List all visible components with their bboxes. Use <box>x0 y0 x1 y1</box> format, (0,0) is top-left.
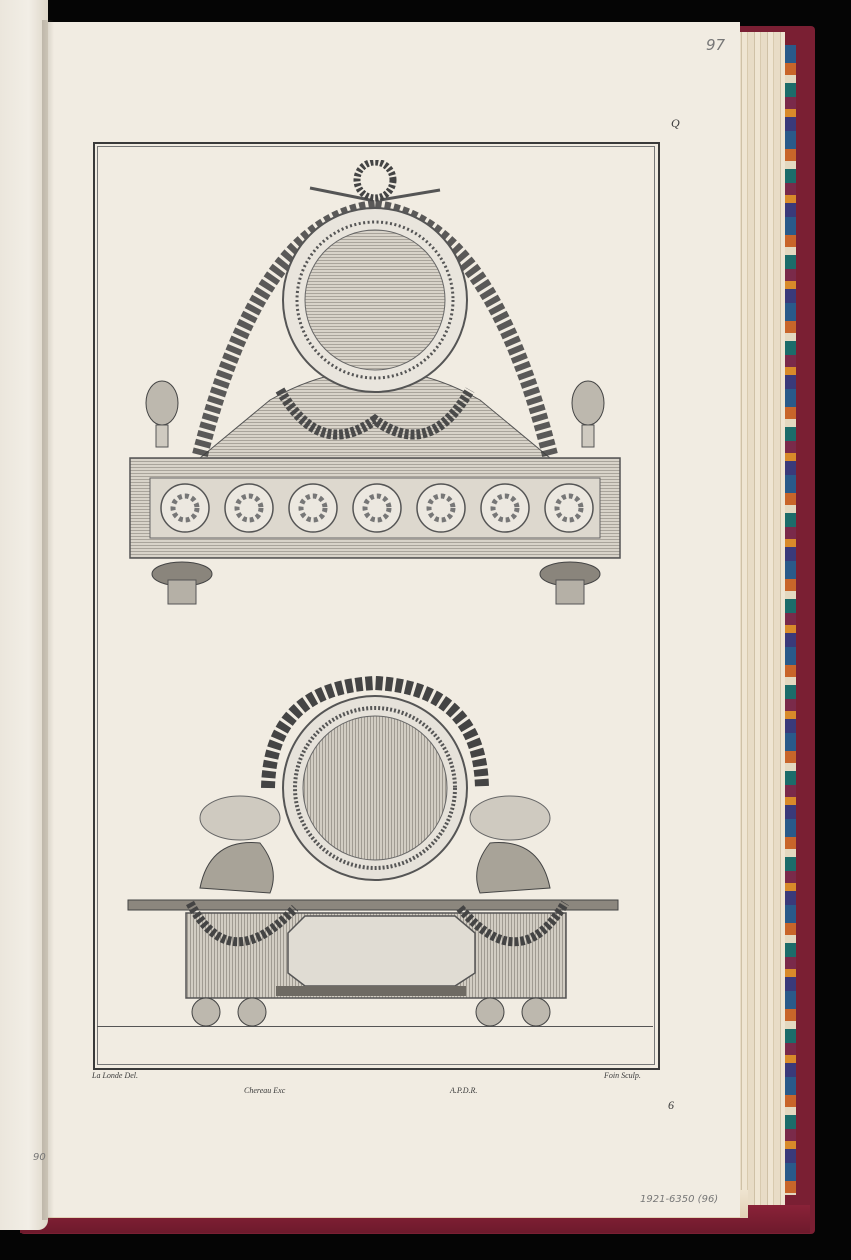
spine-shadow <box>42 20 54 1220</box>
page-stack <box>735 32 785 1222</box>
caption-designer: La Londe Del. <box>92 1071 138 1080</box>
plate-number: 6 <box>668 1098 674 1113</box>
caption-privilege: A.P.D.R. <box>450 1086 477 1095</box>
verso-page <box>0 0 48 1230</box>
lower-clock-engraving <box>120 668 630 1028</box>
caption-engraver: Foin Sculp. <box>604 1071 641 1080</box>
upper-clock-engraving <box>120 160 630 610</box>
handwritten-page-number: 97 <box>706 36 725 54</box>
caption-publisher: Chereau Exc <box>244 1086 285 1095</box>
left-margin-number: 90 <box>33 1152 46 1163</box>
plate-letter: Q <box>671 116 680 131</box>
accession-number: 1921-6350 (96) <box>640 1194 718 1205</box>
